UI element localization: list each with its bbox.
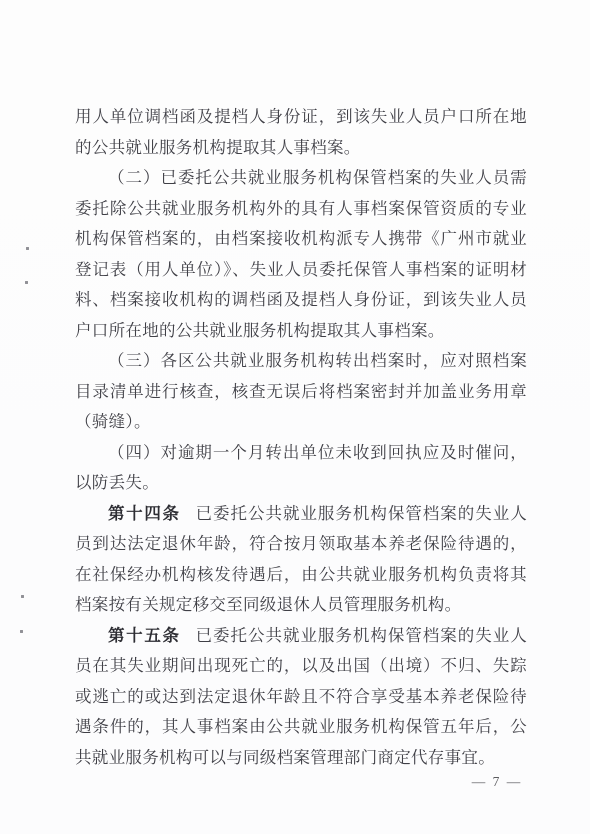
paragraph: 用人单位调档函及提档人身份证，到该失业人员户口所在地的公共就业服务机构提取其人事… <box>75 102 527 163</box>
document-body: 用人单位调档函及提档人身份证，到该失业人员户口所在地的公共就业服务机构提取其人事… <box>75 102 527 773</box>
paragraph: 第十五条已委托公共就业服务机构保管档案的失业人员在其失业期间出现死亡的，以及出国… <box>75 621 527 774</box>
paragraph: （四）对逾期一个月转出单位未收到回执应及时催问，以防丢失。 <box>75 438 527 499</box>
document-page: 用人单位调档函及提档人身份证，到该失业人员户口所在地的公共就业服务机构提取其人事… <box>0 0 590 834</box>
scan-artifact-dot <box>20 630 23 633</box>
page-number: — 7 — <box>455 774 539 790</box>
scan-artifact-dot <box>25 281 28 284</box>
scan-artifact-dot <box>26 247 29 250</box>
article-number-heading: 第十四条 <box>108 504 181 523</box>
paragraph: 第十四条已委托公共就业服务机构保管档案的失业人员到达法定退休年龄，符合按月领取基… <box>75 499 527 621</box>
paragraph: （三）各区公共就业服务机构转出档案时，应对照档案目录清单进行核查，核查无误后将档… <box>75 346 527 438</box>
paragraph-text: 已委托公共就业服务机构保管档案的失业人员在其失业期间出现死亡的，以及出国（出境）… <box>75 626 527 767</box>
article-number-heading: 第十五条 <box>108 626 181 645</box>
paragraph: （二）已委托公共就业服务机构保管档案的失业人员需委托除公共就业服务机构外的具有人… <box>75 163 527 346</box>
scan-artifact-dot <box>21 595 24 598</box>
